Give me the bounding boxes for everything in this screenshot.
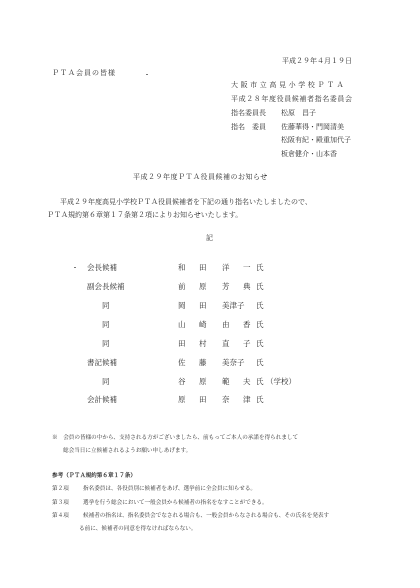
candidate-row: 副会長候補 前 原 芳 典 氏 — [0, 281, 420, 293]
candidate-surname: 佐 藤 — [178, 357, 210, 368]
candidate-role: 同 — [102, 300, 110, 311]
chair-label: 指名委員長 — [231, 109, 266, 118]
body-line: ＰＴＡ規約第６章第１７条第２項によりお知らせいたします。 — [47, 211, 242, 220]
candidate-surname: 山 崎 — [178, 319, 210, 330]
addressee: ＰＴＡ会員の皆様 — [52, 69, 116, 78]
candidate-row: 同 谷 原 範 夫 氏 （学校） — [0, 376, 420, 388]
reference-heading: 参考（ＰＴＡ規約第６章１７条） — [52, 472, 136, 480]
candidate-given: 美津子 — [222, 300, 245, 311]
candidate-given: 直 子 — [222, 338, 254, 349]
reference-item-label: 第４項 — [52, 512, 69, 520]
document-date: 平成２９年４月１９日 — [282, 57, 352, 66]
candidate-row: 書記候補 佐 藤 美奈子 氏 — [0, 357, 420, 369]
scan-speck — [146, 74, 148, 75]
notice-line: ※ 会員の皆様の中から、支持される方がございましたら、前もってご本人の承諾を得ら… — [52, 434, 298, 442]
candidate-row: 同 岡 田 美津子 氏 — [0, 300, 420, 312]
reference-item-text: 選挙を行う総会において一般会員から候補者の指名をなすことができる。 — [83, 499, 268, 507]
chair-name: 松原 昌子 — [281, 109, 316, 118]
member-line: 佐藤華得・門岡清美 — [281, 123, 344, 132]
candidate-note: （学校） — [266, 376, 296, 387]
candidate-row: 会計候補 原 田 奈 津 氏 — [0, 394, 420, 406]
candidate-surname: 前 原 — [178, 281, 210, 292]
candidate-suffix: 氏 — [256, 357, 264, 368]
ki-heading: 記 — [206, 234, 213, 243]
candidate-suffix: 氏 — [256, 338, 264, 349]
candidate-suffix: 氏 — [256, 376, 264, 387]
document-title: 平成２９年度ＰＴＡ役員候補のお知らせ — [133, 173, 268, 182]
candidate-surname: 岡 田 — [178, 300, 210, 311]
candidate-surname: 和 田 — [178, 262, 210, 273]
candidate-given: 範 夫 — [222, 376, 254, 387]
reference-item-text: 指名委員は、各役員別に候補者をあげ、選挙前に全会員に知らせる。 — [83, 485, 256, 493]
candidate-role: 会計候補 — [87, 394, 117, 405]
candidate-role: 同 — [102, 376, 110, 387]
candidate-suffix: 氏 — [256, 281, 264, 292]
candidate-role: 副会長候補 — [87, 281, 125, 292]
candidate-role: 同 — [102, 338, 110, 349]
sender-organization: 大阪市立高見小学校ＰＴＡ — [231, 81, 346, 90]
reference-item-label: 第３項 — [52, 499, 69, 507]
members-label: 指名 委員 — [231, 123, 266, 132]
candidate-given: 洋 一 — [222, 262, 254, 273]
candidate-suffix: 氏 — [256, 319, 264, 330]
candidate-surname: 田 村 — [178, 338, 210, 349]
reference-item-continuation: る前に、候補者の同意を得なければならない。 — [79, 525, 196, 533]
reference-item-label: 第２項 — [52, 485, 69, 493]
candidate-row: 同 山 崎 由 香 氏 — [0, 319, 420, 331]
candidate-given: 芳 典 — [222, 281, 254, 292]
candidate-given: 由 香 — [222, 319, 254, 330]
member-line: 松阪有紀・殿重加代子 — [281, 136, 351, 145]
candidate-row: 会長候補 和 田 洋 一 氏 — [0, 262, 420, 274]
candidate-role: 同 — [102, 319, 110, 330]
body-line: 平成２９年度高見小学校ＰＴＡ役員候補者を下記の通り指名いたしましたので、 — [60, 198, 312, 207]
candidate-given: 奈 津 — [222, 394, 254, 405]
candidate-surname: 原 田 — [178, 394, 210, 405]
candidate-role: 書記候補 — [87, 357, 117, 368]
candidate-row: 同 田 村 直 子 氏 — [0, 338, 420, 350]
sender-committee: 平成２８年度役員候補者指名委員会 — [231, 95, 353, 104]
candidate-suffix: 氏 — [256, 300, 264, 311]
member-line: 板倉健介・山本香 — [281, 150, 337, 159]
candidate-role: 会長候補 — [87, 262, 117, 273]
candidate-suffix: 氏 — [256, 394, 264, 405]
candidate-surname: 谷 原 — [178, 376, 210, 387]
notice-line: 総会当日に立候補されるようお願い申しあげます。 — [63, 447, 191, 455]
candidate-given: 美奈子 — [222, 357, 245, 368]
candidate-suffix: 氏 — [256, 262, 264, 273]
reference-item-text: 候補者の指名は、指名委員会でなされる場合も、一般会員からなされる場合も、その氏名… — [83, 512, 329, 520]
